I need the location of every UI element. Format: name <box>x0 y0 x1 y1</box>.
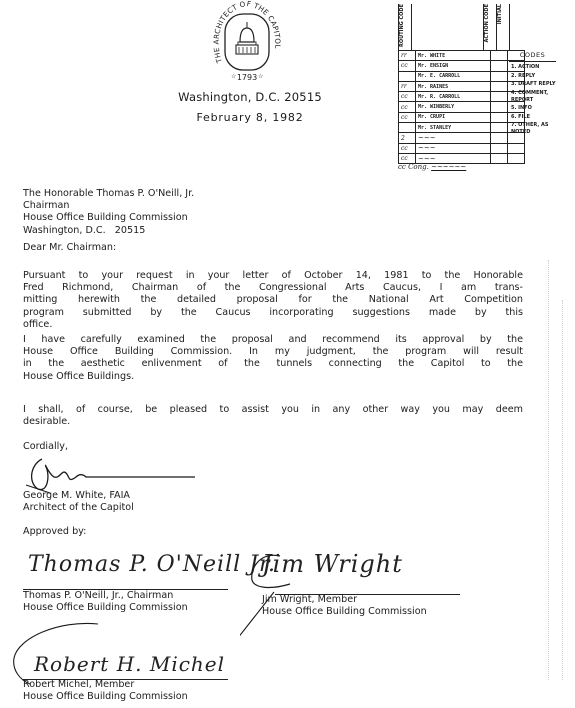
body-paragraph-2: I have carefully examined the proposal a… <box>23 334 523 383</box>
signature-michel: Robert H. Michel <box>34 652 225 676</box>
letter-date: February 8, 1982 <box>150 111 350 124</box>
routing-code-cell: rr <box>399 81 416 91</box>
sender-name: George M. White, FAIA <box>23 490 134 502</box>
code-item: 6. FILE <box>511 114 556 121</box>
seal-year: 1793 <box>237 73 257 82</box>
seal-ring-text: THE ARCHITECT OF THE CAPITOL <box>212 0 282 65</box>
approver-michel: Robert Michel, Member House Office Build… <box>23 679 188 703</box>
addressee-line: Washington, D.C. 20515 <box>23 225 194 237</box>
architect-seal: THE ARCHITECT OF THE CAPITOL 1793 ☆ ☆ <box>212 0 282 90</box>
body-paragraph-3: I shall, of course, be pleased to assist… <box>23 404 523 428</box>
routing-code-cell: 2 <box>399 133 416 143</box>
action-code-cell <box>491 51 508 61</box>
initial-cell <box>508 143 525 153</box>
routing-row: 2~~~ <box>399 133 525 143</box>
routing-row: rrMr. WHITE <box>399 51 525 61</box>
routing-name-cell: Mr. STANLEY <box>416 123 491 133</box>
routing-code-header: ROUTING CODE <box>398 4 412 50</box>
sender-title: Architect of the Capitol <box>23 502 134 514</box>
routing-code-cell: cc <box>399 102 416 112</box>
approver-name: Robert Michel, Member <box>23 679 188 691</box>
code-item: 7. OTHER, AS NOTED <box>511 122 556 136</box>
approver-oneill: Thomas P. O'Neill, Jr., Chairman House O… <box>23 590 188 614</box>
action-code-cell <box>491 153 508 163</box>
action-code-cell <box>491 81 508 91</box>
addressee-block: The Honorable Thomas P. O'Neill, Jr. Cha… <box>23 188 194 237</box>
routing-row: ccMr. WINBERLY <box>399 102 525 112</box>
action-code-cell <box>491 143 508 153</box>
sender-block: George M. White, FAIA Architect of the C… <box>23 490 134 514</box>
action-code-cell <box>491 112 508 122</box>
handwritten-cc-note: cc Cong. ~~~~~~ <box>398 163 466 171</box>
signature-oneill: Thomas P. O'Neill Jr. <box>28 552 276 577</box>
routing-name-cell: Mr. ENSIGN <box>416 61 491 71</box>
salutation: Dear Mr. Chairman: <box>23 242 116 254</box>
approver-name: Jim Wright, Member <box>262 594 427 606</box>
routing-name-cell: Mr. E. CARROLL <box>416 71 491 81</box>
approved-by-label: Approved by: <box>23 526 86 538</box>
star-icon: ☆ <box>258 73 263 80</box>
routing-name-cell: Mr. WHITE <box>416 51 491 61</box>
addressee-line: The Honorable Thomas P. O'Neill, Jr. <box>23 188 194 200</box>
routing-row: cc~~~ <box>399 143 525 153</box>
letterhead-city: Washington, D.C. 20515 <box>150 90 350 104</box>
routing-code-cell <box>399 123 416 133</box>
body-paragraph-1: Pursuant to your request in your letter … <box>23 270 523 331</box>
routing-row: ccMr. ENSIGN <box>399 61 525 71</box>
approver-org: House Office Building Commission <box>23 602 188 614</box>
routing-row: ccMr. R. CARROLL <box>399 92 525 102</box>
initial-header: INITIAL <box>496 4 510 50</box>
routing-code-cell <box>399 71 416 81</box>
action-code-cell <box>491 71 508 81</box>
routing-row: Mr. STANLEY <box>399 123 525 133</box>
code-item: 4. COMMENT, REPORT <box>511 90 556 104</box>
star-icon: ☆ <box>231 73 236 80</box>
routing-row: ccMr. CRUPI <box>399 112 525 122</box>
routing-code-cell: cc <box>399 112 416 122</box>
routing-name-cell: Mr. RAINES <box>416 81 491 91</box>
code-item: 2. REPLY <box>511 73 556 80</box>
scan-artifact <box>562 300 563 680</box>
routing-code-cell: rr <box>399 51 416 61</box>
routing-name-cell: Mr. CRUPI <box>416 112 491 122</box>
approver-org: House Office Building Commission <box>262 606 427 618</box>
addressee-line: Chairman <box>23 200 194 212</box>
routing-slip: ROUTING CODE ACTION CODE INITIAL rrMr. W… <box>398 4 558 164</box>
action-code-cell <box>491 92 508 102</box>
signature-wright: Jim Wright <box>262 550 403 578</box>
approver-org: House Office Building Commission <box>23 691 188 703</box>
action-code-cell <box>491 61 508 71</box>
routing-row: rrMr. RAINES <box>399 81 525 91</box>
addressee-line: House Office Building Commission <box>23 212 194 224</box>
approver-wright: Jim Wright, Member House Office Building… <box>262 594 427 618</box>
action-code-header: ACTION CODE <box>483 4 497 50</box>
codes-legend: CODES 1. ACTION2. REPLY3. DRAFT REPLY4. … <box>509 50 556 138</box>
routing-code-cell: cc <box>399 143 416 153</box>
routing-name-cell: Mr. WINBERLY <box>416 102 491 112</box>
approver-name: Thomas P. O'Neill, Jr., Chairman <box>23 590 188 602</box>
routing-name-cell: ~~~ <box>416 133 491 143</box>
codes-title: CODES <box>509 50 556 62</box>
action-code-cell <box>491 123 508 133</box>
action-code-cell <box>491 133 508 143</box>
code-item: 5. INFO <box>511 105 556 112</box>
routing-name-cell: ~~~ <box>416 143 491 153</box>
action-code-cell <box>491 102 508 112</box>
scan-artifact <box>548 260 549 680</box>
routing-table: rrMr. WHITEccMr. ENSIGNMr. E. CARROLLrrM… <box>398 50 525 164</box>
signature-george-white <box>20 455 200 495</box>
code-item: 3. DRAFT REPLY <box>511 81 556 88</box>
svg-text:THE ARCHITECT OF THE CAPITOL: THE ARCHITECT OF THE CAPITOL <box>212 0 282 65</box>
code-item: 1. ACTION <box>511 64 556 71</box>
routing-code-cell: cc <box>399 92 416 102</box>
initial-cell <box>508 153 525 163</box>
routing-row: Mr. E. CARROLL <box>399 71 525 81</box>
routing-code-cell: cc <box>399 61 416 71</box>
closing: Cordially, <box>23 441 68 453</box>
routing-name-cell: Mr. R. CARROLL <box>416 92 491 102</box>
